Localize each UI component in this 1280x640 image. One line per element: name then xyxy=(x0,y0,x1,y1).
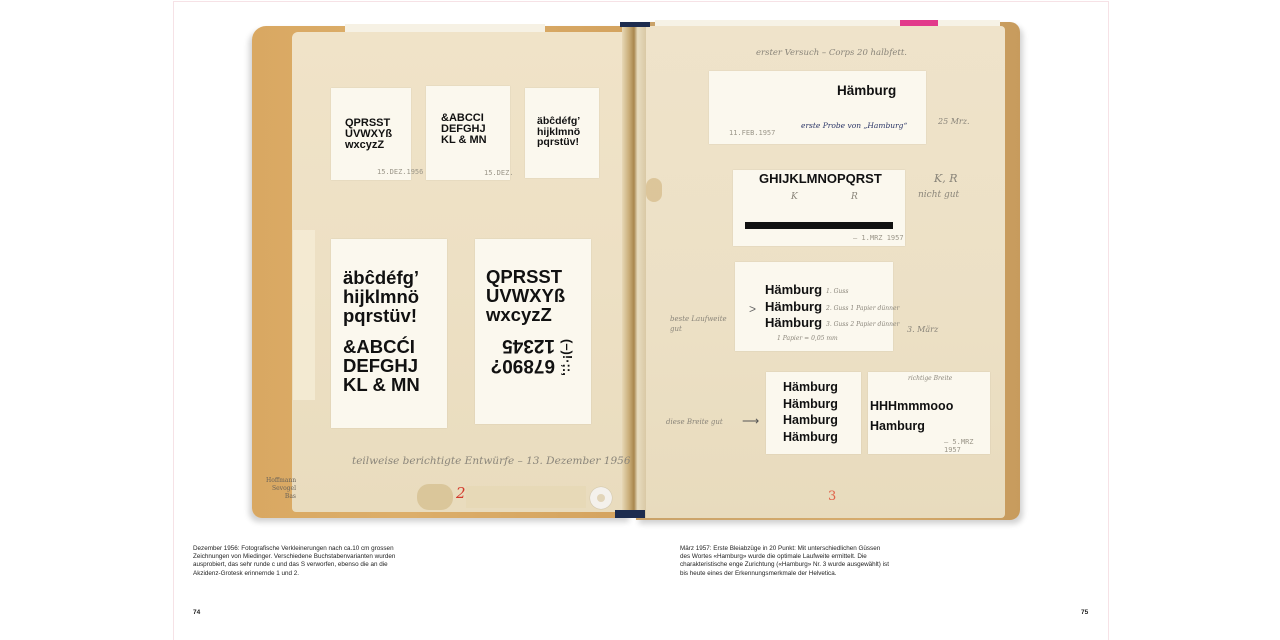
mark-r: R xyxy=(851,192,858,202)
rotated-digits: 67890? 12345 xyxy=(491,335,555,375)
proof-card-1: Hämburg erste Probe von „Hamburg“ 11.FEB… xyxy=(709,71,926,144)
card-line: 12345 xyxy=(491,335,555,355)
caption-right: März 1957: Erste Bleiabzüge in 20 Punkt:… xyxy=(680,545,890,578)
proof-card-3: Hämburg Hämburg Hämburg 1. Guss 2. Guss … xyxy=(735,262,893,351)
printer-line: Bas xyxy=(266,493,296,501)
side-note: K, R xyxy=(934,172,958,185)
specimen-card-small-3: äbĉdéfg’ hijklmnö pqrstüv! xyxy=(525,88,599,178)
side-note: 25 Mrz. xyxy=(938,117,970,126)
specimen-card-large-1: äbĉdéfg’ hijklmnö pqrstüv! &ABCĆI DEFGHJ… xyxy=(331,239,447,428)
card-line: UVWXYß xyxy=(486,286,565,305)
card-text: &ABCCI DEFGHJ KL & MN xyxy=(441,113,487,146)
specimen-card-small-2: &ABCCI DEFGHJ KL & MN 15.DEZ. xyxy=(426,86,510,180)
caption-left: Dezember 1956: Fotografische Verkleineru… xyxy=(193,545,403,578)
guss-note: 3. Guss 2 Papier dünner xyxy=(826,317,899,334)
top-note: richtige Breite xyxy=(908,375,952,382)
stain-right xyxy=(646,178,662,202)
proof-rows: HHHmmmooo Hamburg xyxy=(870,396,953,436)
stain xyxy=(417,484,453,510)
date-stamp: – 5.MRZ 1957 xyxy=(944,438,990,454)
tape-bottom xyxy=(466,486,586,508)
side-note: nicht gut xyxy=(918,190,959,200)
card-line: hijklmnö xyxy=(343,287,420,306)
card-text: QPRSST UVWXYß wxcyzZ xyxy=(486,267,565,324)
proof-word: Hämburg xyxy=(837,83,896,98)
reinforcement-ring xyxy=(590,487,612,509)
proof-card-4: Hämburg Hämburg Hamburg Hämburg xyxy=(766,372,861,454)
specimen-card-small-1: QPRSST UVWXYß wxcyzZ 15.DEZ.1956 xyxy=(331,88,411,180)
book-spine xyxy=(622,24,646,518)
card-line: äbĉdéfg’ xyxy=(537,116,580,127)
guss-note: 2. Guss 1 Papier dünner xyxy=(826,301,899,318)
footnote: 1 Papier = 0,05 mm xyxy=(777,335,838,342)
page-mark-left: 2 xyxy=(456,484,466,502)
proof-notes: 1. Guss 2. Guss 1 Papier dünner 3. Guss … xyxy=(826,284,899,334)
proof-card-2: GHIJKLMNOPQRST K R – 1.MRZ 1957 xyxy=(733,170,905,246)
side-note: beste Laufweite gut xyxy=(670,314,730,334)
arrow-right-icon: ⟶ xyxy=(742,414,759,428)
chevron-mark-icon: > xyxy=(749,302,756,316)
page-mark-right: 3 xyxy=(828,489,836,504)
page-number-right: 75 xyxy=(1081,609,1088,616)
card-line: 67890? xyxy=(491,355,555,375)
spine-binding-top xyxy=(620,22,650,27)
proof-word: Hämburg xyxy=(765,299,822,316)
top-paper-strip xyxy=(345,24,545,32)
page-number-left: 74 xyxy=(193,609,200,616)
tape-strip xyxy=(293,230,315,400)
proof-rows: Hämburg Hämburg Hämburg xyxy=(765,282,822,332)
date-stamp: 15.DEZ.1956 xyxy=(377,168,423,176)
handwritten-note: teilweise berichtigte Entwürfe – 13. Dez… xyxy=(352,455,631,467)
proof-word: Hämburg xyxy=(783,379,838,396)
card-line: KL & MN xyxy=(441,135,487,146)
card-line: pqrstüv! xyxy=(537,137,580,148)
card-text: äbĉdéfg’ hijklmnö pqrstüv! xyxy=(537,116,580,148)
card-line: KL & MN xyxy=(343,375,420,394)
card-text: QPRSST UVWXYß wxcyzZ xyxy=(345,118,392,151)
proof-word: Hamburg xyxy=(783,412,838,429)
proof-word: HHHmmmooo xyxy=(870,396,953,416)
card-line: wxcyzZ xyxy=(345,140,392,151)
ink-note: erste Probe von „Hamburg“ xyxy=(801,121,907,130)
proof-rows: Hämburg Hämburg Hamburg Hämburg xyxy=(783,379,838,445)
black-rule xyxy=(745,222,893,229)
printer-line: Sevogel xyxy=(266,485,296,493)
date-stamp: 11.FEB.1957 xyxy=(729,129,775,137)
side-note: diese Breite gut xyxy=(666,418,723,426)
proof-word: GHIJKLMNOPQRST xyxy=(759,171,882,186)
proof-word: Hämburg xyxy=(765,315,822,332)
date-stamp: 15.DEZ. xyxy=(484,169,514,177)
proof-word: Hämburg xyxy=(783,396,838,413)
printer-label: Hoffmann Sevogel Bas xyxy=(266,477,296,501)
proof-word: Hämburg xyxy=(783,429,838,446)
header-handwritten-note: erster Versuch – Corps 20 halbfett. xyxy=(756,48,907,58)
card-line: &ABCĆI xyxy=(343,337,420,356)
specimen-card-large-2: QPRSST UVWXYß wxcyzZ 67890? 12345 (–)!·;… xyxy=(475,239,591,424)
printer-line: Hoffmann xyxy=(266,477,296,485)
card-line: äbĉdéfg’ xyxy=(343,268,420,287)
spine-binding-bottom xyxy=(615,510,645,518)
card-line: pqrstüv! xyxy=(343,306,420,325)
proof-word: Hamburg xyxy=(870,416,953,436)
side-note: 3. März xyxy=(907,325,938,334)
mark-k: K xyxy=(791,192,798,202)
date-stamp: – 1.MRZ 1957 xyxy=(853,234,904,242)
proof-card-5: richtige Breite HHHmmmooo Hamburg – 5.MR… xyxy=(868,372,990,454)
card-line: QPRSST xyxy=(486,267,565,286)
proof-word: Hämburg xyxy=(765,282,822,299)
album-photo: Hoffmann Sevogel Bas QPRSST UVWXYß wxcyz… xyxy=(0,0,1280,640)
punctuation-glyphs: (–)!·;:, xyxy=(560,339,575,376)
card-line: DEFGHJ xyxy=(343,356,420,375)
card-line: wxcyzZ xyxy=(486,305,565,324)
card-text: äbĉdéfg’ hijklmnö pqrstüv! &ABCĆI DEFGHJ… xyxy=(343,268,420,394)
guss-note: 1. Guss xyxy=(826,284,899,301)
